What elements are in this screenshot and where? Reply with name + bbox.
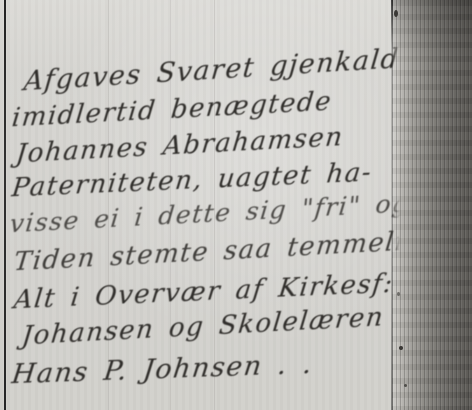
scanned-document-page: Afgaves Svaret gjenkalden, imidlertid be… — [0, 0, 472, 410]
handwriting-line-9: Hans P. Johnsen . . — [10, 348, 315, 390]
handwriting-line-1: Afgaves Svaret gjenkalden, — [22, 40, 447, 97]
ink-speck — [397, 292, 400, 296]
binding-top-shadow — [392, 0, 472, 60]
book-binding-edge — [392, 0, 472, 410]
ink-speck — [394, 10, 398, 17]
left-margin-rule-line — [4, 0, 6, 410]
ink-speck — [404, 384, 407, 387]
ink-speck — [399, 346, 403, 350]
